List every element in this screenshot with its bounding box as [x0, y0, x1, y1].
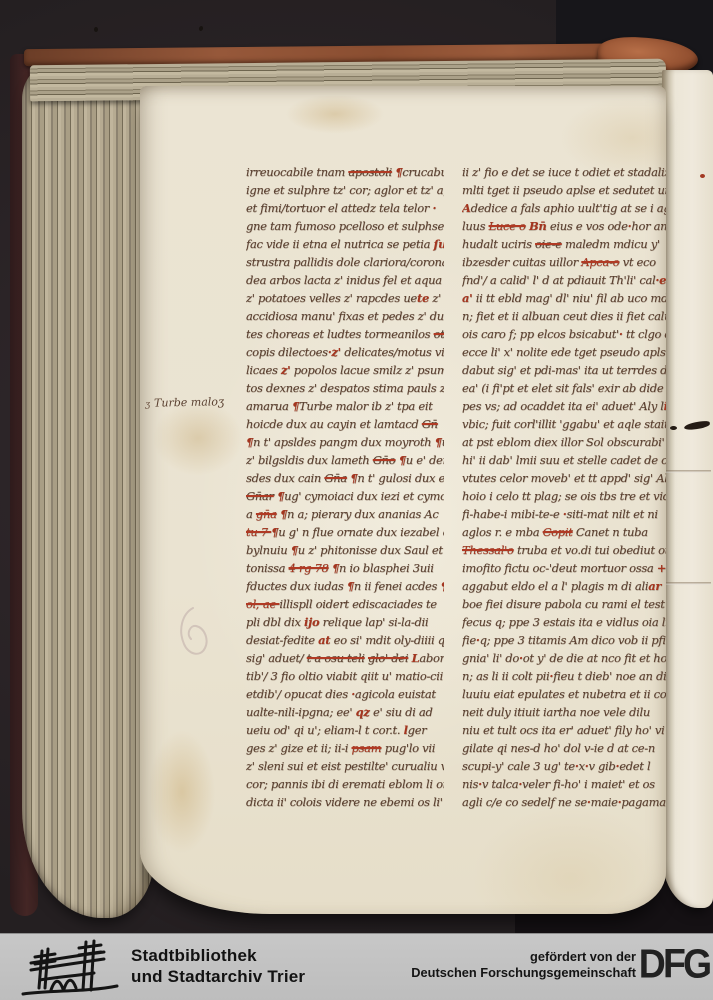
- rubric-text: ots: [434, 327, 444, 341]
- manuscript-line: ibzesder cuitas uillor Apca-o vt eco: [462, 253, 666, 271]
- ink-text: scupi-y' cale 3 ug' te: [462, 759, 575, 773]
- rubric-text: ¶: [399, 453, 406, 467]
- manuscript-line: n; fiet et ii albuan ceut dies ii fiet c…: [462, 307, 666, 325]
- ink-text: n t' apsldes pangm dux moyroth: [253, 435, 435, 449]
- manuscript-line: Gn̄ar ¶ug' cymoiaci dux iezi et cymo: [246, 487, 444, 505]
- rubric-text: oie-e: [535, 237, 562, 251]
- page-crease: [664, 582, 711, 585]
- ink-text: truba et vo.di tui obediut ota: [514, 543, 666, 557]
- ink-text: desiat-fedite: [246, 633, 318, 647]
- ink-text: copis dilectoes: [246, 345, 328, 359]
- ink-text: pug'lo vii: [381, 741, 435, 755]
- manuscript-page: irreuocabile tnam apostoli ¶crucabu'igne…: [140, 86, 666, 914]
- manuscript-line: fac vide ii etna el nutrica se petia ſu: [246, 235, 444, 253]
- manuscript-line: gnia' li' do·ot y' de die at nco fit et …: [462, 649, 666, 667]
- manuscript-line: hoicde dux au cayin et lamtacd Gn̄: [246, 415, 444, 433]
- rubric-text: Copit: [543, 525, 573, 539]
- rubric-text: apostoli: [348, 165, 392, 179]
- library-name: Stadtbibliothek und Stadtarchiv Trier: [131, 945, 305, 987]
- manuscript-line: at pst eblom diex illor Sol obscurabi' +: [462, 433, 666, 451]
- faint-pencil-doodle: [172, 604, 214, 662]
- marginal-note-mark: ʒ: [145, 400, 150, 410]
- ink-text: tt clgo dixit: [623, 327, 666, 341]
- ink-text: ois caro f; pp elcos bsicabut': [462, 327, 619, 341]
- rubric-text: Bn̄: [529, 219, 546, 233]
- ink-text: etdib'/ opucat dies: [246, 687, 351, 701]
- manuscript-line: hi' ii dab' lmii suu et stelle cadet de …: [462, 451, 666, 469]
- text-column-left: irreuocabile tnam apostoli ¶crucabu'igne…: [246, 163, 444, 811]
- ink-text: crucabu': [402, 165, 444, 179]
- ink-text: n; as li ii colt pii: [462, 669, 549, 683]
- dust-speck: [198, 25, 203, 31]
- rubric-text: ſu: [434, 237, 444, 251]
- ink-text: n t' gulosi dux esau: [357, 471, 444, 485]
- manuscript-line: ea' (i fi'pt et elet sit fals' exir ab d…: [462, 379, 666, 397]
- manuscript-line: tonissa 4 rg 78 ¶n io blasphei 3uii: [246, 559, 444, 577]
- red-ink-fleck: [700, 174, 705, 178]
- ink-text: dabut sig' et pdi-mas' ita ut terrdes du: [462, 363, 666, 377]
- manuscript-line: tos dexnes z' despatos stima pauls z': [246, 379, 444, 397]
- rubric-text: ¶: [292, 399, 299, 413]
- manuscript-line: fnd'/ a calid' l' d at pdiauit Th'li' ca…: [462, 271, 666, 289]
- manuscript-line: niu et tult ocs ita er' aduet' fily ho' …: [462, 721, 666, 739]
- ink-text: tos dexnes z' despatos stima pauls z': [246, 381, 444, 395]
- ink-text: hi' ii dab' lmii suu et stelle cadet de …: [462, 453, 666, 467]
- ink-text: fductes dux iudas: [246, 579, 347, 593]
- ink-text: dedice a fals aphio uult'tig at se i agl…: [471, 201, 666, 215]
- manuscript-line: et fimi/tortuor el attedz tela telor ·: [246, 199, 444, 217]
- ink-text: strustra pallidis dole clariora/corona: [246, 255, 444, 269]
- rubric-text: ijo: [304, 615, 319, 629]
- rubric-text: ar: [648, 579, 661, 593]
- ink-text: z' sleni sui et eist pestilte' curualiu …: [246, 759, 444, 773]
- ink-text: gnia' li' do: [462, 651, 519, 665]
- ink-text: e' siu di ad: [370, 705, 433, 719]
- ink-text: accidiosa manu' fixas et pedes z' duce: [246, 309, 444, 323]
- manuscript-line: luuiu eiat epulates et nubetra et ii cog: [462, 685, 666, 703]
- manuscript-line: boe fiei disure pabola cu rami el test f…: [462, 595, 666, 613]
- ink-text: fieu t dieb' noe an di: [553, 669, 666, 683]
- ink-text: mlti tget ii pseudo aplse et sedutet uil…: [462, 183, 666, 197]
- next-page-fore-edge: [662, 70, 713, 908]
- rubric-text: Gn̄a: [324, 471, 347, 485]
- manuscript-line: agli c/e co sedelf ne se·maie·pagama: [462, 793, 666, 811]
- ink-text: edet l: [619, 759, 650, 773]
- manuscript-line: gilate qi nes-d ho' dol v-ie d at ce-n: [462, 739, 666, 757]
- ink-text: et fimi/tortuor el attedz tela telor: [246, 201, 432, 215]
- manuscript-line: copis dilectoes·z' delicates/motus vi: [246, 343, 444, 361]
- ink-text: tib'/ 3 fio oltio viabit qiit u' matio-c…: [246, 669, 443, 683]
- rubric-text: A: [462, 201, 471, 215]
- ink-text: n; fiet et ii albuan ceut dies ii fiet c…: [462, 309, 666, 323]
- ink-text: amarua: [246, 399, 292, 413]
- ink-text: ges z' gize et ii; ii-i: [246, 741, 352, 755]
- porta-nigra-logo-icon: [12, 936, 126, 998]
- manuscript-line: imofito fictu oc-'deut mortuor ossa +: [462, 559, 666, 577]
- ink-text: eius e vos ode: [546, 219, 627, 233]
- manuscript-line: ges z' gize et ii; ii-i psam pug'lo vii: [246, 739, 444, 757]
- manuscript-line: ¶n t' apsldes pangm dux moyroth ¶u: [246, 433, 444, 451]
- ink-text: ot y' de die at nco fit et ho: [523, 651, 666, 665]
- ink-text: hoicde dux au cayin et lamtacd: [246, 417, 422, 431]
- ink-text: abora: [419, 651, 444, 665]
- manuscript-line: Thessal'o truba et vo.di tui obediut ota: [462, 541, 666, 559]
- ink-text: dicta ii' colois videre ne ebemi os li' …: [246, 795, 444, 809]
- footer-banner: Stadtbibliothek und Stadtarchiv Trier ge…: [0, 933, 713, 1000]
- ink-text: z': [429, 291, 441, 305]
- manuscript-line: etdib'/ opucat dies ·agicola euistat: [246, 685, 444, 703]
- rubric-text: io: [664, 399, 666, 413]
- manuscript-line: desiat-fedite at eo si' mdit oly-diiii q…: [246, 631, 444, 649]
- ink-text: z' potatoes velles z' rapcdes ue: [246, 291, 417, 305]
- manuscript-line: fecus q; ppe 3 estais ita e vidlus oia l…: [462, 613, 666, 631]
- ink-text: fie: [462, 633, 476, 647]
- rubric-text: 4 rg 78: [289, 561, 329, 575]
- rubric-text: +: [657, 561, 666, 575]
- manuscript-line: n; as li ii colt pii·fieu t dieb' noe an…: [462, 667, 666, 685]
- ink-text: ug' cymoiaci dux iezi et cymo: [284, 489, 444, 503]
- ink-text: cor; pannis ibi di eremati eblom li oi': [246, 777, 444, 791]
- page-crease: [664, 470, 711, 473]
- manuscript-line: tes choreas et ludtes tormeanilos ots: [246, 325, 444, 343]
- marginal-note-text: Turbe maloʒ: [154, 395, 224, 409]
- ink-text: illispll oidert ediscaciades te: [279, 597, 436, 611]
- rubric-text: ¶: [332, 561, 339, 575]
- manuscript-line: vtutes celor moveb' et tt appd' sig' Aly: [462, 469, 666, 487]
- ink-text: n a; pierary dux ananias Ac: [287, 507, 438, 521]
- ink-text: u g' n flue ornate dux iezabel e: [278, 525, 444, 539]
- rubric-text: Gn̄: [422, 417, 438, 431]
- ink-text: a: [246, 507, 256, 521]
- manuscript-line: nis·v talca·veler fi-ho' i maiet' et os: [462, 775, 666, 793]
- manuscript-line: pes vs; ad ocaddet ita ei' aduet' Aly li…: [462, 397, 666, 415]
- ink-text: u z' phitonisse dux Saul et phi: [298, 543, 444, 557]
- rubric-text: te: [417, 291, 429, 305]
- ink-text: fi-habe-i mibi-te-e: [462, 507, 563, 521]
- manuscript-line: mlti tget ii pseudo aplse et sedutet uil…: [462, 181, 666, 199]
- ink-text: gilate qi nes-d ho' dol v-ie d at ce-n: [462, 741, 655, 755]
- ink-text: irreuocabile tnam: [246, 165, 348, 179]
- ink-smudge: [684, 420, 711, 431]
- rubric-text: Gn̄o: [373, 453, 396, 467]
- manuscript-line: a' ii tt ebld mag' dl' niu' fil ab uco m…: [462, 289, 666, 307]
- ink-text: bylnuiu: [246, 543, 291, 557]
- ink-text: vtutes celor moveb' et tt appd' sig' Aly: [462, 471, 666, 485]
- manuscript-line: scupi-y' cale 3 ug' te·x·v gib·edet l: [462, 757, 666, 775]
- ink-text: luuiu eiat epulates et nubetra et ii cog: [462, 687, 666, 701]
- ink-text: vt eco: [619, 255, 656, 269]
- rubric-text: gn̄a: [256, 507, 277, 521]
- ink-text: fnd'/ a calid' l' d at pdiauit Th'li' ca…: [462, 273, 655, 287]
- rubric-text: psam: [352, 741, 382, 755]
- rubric-text: ¶: [440, 579, 444, 593]
- manuscript-line: gne tam fumoso pcelloso et sulphseo ii: [246, 217, 444, 235]
- manuscript-line: licaes z' popolos lacue smilz z' psum: [246, 361, 444, 379]
- rubric-text: Luce o: [489, 219, 526, 233]
- ink-text: fecus q; ppe 3 estais ita e vidlus oia l…: [462, 615, 666, 629]
- rubric-text: ·e': [655, 273, 666, 287]
- ink-text: gne tam fumoso pcelloso et sulphseo ii: [246, 219, 444, 233]
- ink-text: sdes dux cain: [246, 471, 324, 485]
- library-name-line1: Stadtbibliothek: [131, 945, 305, 966]
- ink-text: hor am: [631, 219, 666, 233]
- ink-text: ecce li' x' nolite ede tget pseudo aplse…: [462, 345, 666, 359]
- marginal-note: ʒTurbe maloʒ: [145, 395, 224, 410]
- ink-text: pes vs; ad ocaddet ita ei' aduet' Aly l: [462, 399, 664, 413]
- ink-text: sig' aduet/: [246, 651, 307, 665]
- manuscript-line: a gn̄a ¶n a; pierary dux ananias Ac: [246, 505, 444, 523]
- rubric-text: glo' dei: [368, 651, 408, 665]
- rubric-text: tu 7: [246, 525, 271, 539]
- ink-text: pli dbl dix: [246, 615, 304, 629]
- manuscript-line: fductes dux iudas ¶n ii fenei acdes ¶: [246, 577, 444, 595]
- ink-text: n io blasphei 3uii: [339, 561, 434, 575]
- manuscript-line: igne et sulphre tz' cor; aglor et tz' ag…: [246, 181, 444, 199]
- ink-text: tes choreas et ludtes tormeanilos: [246, 327, 434, 341]
- ink-text: Turbe malor ib z' tpa eit: [299, 399, 433, 413]
- ink-text: Canet n tuba: [573, 525, 648, 539]
- funding-credit: gefördert von der Deutschen Forschungsge…: [411, 949, 636, 981]
- manuscript-line: ol; ae illispll oidert ediscaciades te: [246, 595, 444, 613]
- manuscript-line: dabut sig' et pdi-mas' ita ut terrdes du: [462, 361, 666, 379]
- page-stack-left-edges: [22, 66, 154, 918]
- manuscript-line: ueiu od' qi u'; eliam-l t cor.t. lger: [246, 721, 444, 739]
- manuscript-line: z' bilgsldis dux lameth Gn̄o ¶u e' den: [246, 451, 444, 469]
- ink-text: v talca: [482, 777, 519, 791]
- rubric-text: ¶: [347, 579, 354, 593]
- manuscript-line: ois caro f; pp elcos bsicabut'· tt clgo …: [462, 325, 666, 343]
- ink-text: vbic; fuit corl'illit 'ggabu' et aqle st…: [462, 417, 666, 431]
- ink-text: aggabut eldo el a l' plagis m di ali: [462, 579, 648, 593]
- manuscript-line: amarua ¶Turbe malor ib z' tpa eit: [246, 397, 444, 415]
- ink-text: v gib: [588, 759, 615, 773]
- manuscript-line: neit duly itiuit iartha noe vele dilu: [462, 703, 666, 721]
- ink-text: tonissa: [246, 561, 289, 575]
- rubric-text: at: [318, 633, 330, 647]
- manuscript-line: aglos r. e mba Copit Canet n tuba: [462, 523, 666, 541]
- rubric-text: qz: [356, 705, 370, 719]
- ink-text: ger: [408, 723, 427, 737]
- ink-text: maledm mdicu y': [562, 237, 660, 251]
- manuscript-line: Adedice a fals aphio uult'tig at se i ag…: [462, 199, 666, 217]
- manuscript-line: luus Luce o Bn̄ eius e vos ode·hor am: [462, 217, 666, 235]
- rubric-text: t a osu teli: [307, 651, 365, 665]
- manuscript-line: dicta ii' colois videre ne ebemi os li' …: [246, 793, 444, 811]
- manuscript-line: hoio i celo tt plag; se ois tbs tre et v…: [462, 487, 666, 505]
- dust-speck: [94, 27, 98, 32]
- rubric-text: ¶: [291, 543, 298, 557]
- manuscript-line: ualte-nili-ipgna; ee' qz e' siu di ad: [246, 703, 444, 721]
- ink-text: agli c/e co sedelf ne se: [462, 795, 587, 809]
- ink-text: hudalt uciris: [462, 237, 535, 251]
- rubric-text: ¶: [280, 507, 287, 521]
- ink-text: hoio i celo tt plag; se ois tbs tre et v…: [462, 489, 666, 503]
- rubric-text: a': [462, 291, 472, 305]
- manuscript-line: pli dbl dix ijo relique lap' si-la-dii: [246, 613, 444, 631]
- ink-text: veler fi-ho' i maiet' et os: [522, 777, 655, 791]
- ink-text: ualte-nili-ipgna; ee': [246, 705, 356, 719]
- manuscript-line: tib'/ 3 fio oltio viabit qiit u' matio-c…: [246, 667, 444, 685]
- manuscript-line: hudalt uciris oie-e maledm mdicu y': [462, 235, 666, 253]
- manuscript-line: z' potatoes velles z' rapcdes uete z': [246, 289, 444, 307]
- manuscript-line: cor; pannis ibi di eremati eblom li oi': [246, 775, 444, 793]
- manuscript-line: sdes dux cain Gn̄a ¶n t' gulosi dux esau: [246, 469, 444, 487]
- rubric-text: ·: [432, 201, 436, 215]
- ink-text: luus: [462, 219, 489, 233]
- manuscript-line: irreuocabile tnam apostoli ¶crucabu': [246, 163, 444, 181]
- dfg-logo: DFG: [639, 941, 708, 989]
- ink-text: niu et tult ocs ita er' aduet' fily ho' …: [462, 723, 664, 737]
- ink-text: u: [442, 435, 444, 449]
- ink-text: imofito fictu oc-'deut mortuor ossa: [462, 561, 657, 575]
- ink-text: q; ppe 3 titamis Am dico vob ii pfit: [480, 633, 666, 647]
- manuscript-line: aggabut eldo el a l' plagis m di aliar: [462, 577, 666, 595]
- manuscript-line: fi-habe-i mibi-te-e ·siti-mat nilt et ni: [462, 505, 666, 523]
- ink-text: licaes: [246, 363, 281, 377]
- ink-text: at pst eblom diex illor Sol obscurabi': [462, 435, 666, 449]
- ink-text: ii tt ebld mag' dl' niu' fil ab uco mdi: [472, 291, 666, 305]
- digitized-manuscript-scan: irreuocabile tnam apostoli ¶crucabu'igne…: [0, 0, 713, 1000]
- rubric-text: ¶: [435, 435, 442, 449]
- ink-text: pagama: [621, 795, 665, 809]
- ink-text: delicates/motus vi: [341, 345, 444, 359]
- ink-text: ii z' fio e det se iuce t odiet et stada…: [462, 165, 666, 179]
- ink-text: relique lap' si-la-dii: [319, 615, 428, 629]
- ink-text: fac vide ii etna el nutrica se petia: [246, 237, 434, 251]
- rubric-text: Gn̄ar: [246, 489, 274, 503]
- ink-text: ibzesder cuitas uillor: [462, 255, 581, 269]
- manuscript-line: ii z' fio e det se iuce t odiet et stada…: [462, 163, 666, 181]
- manuscript-line: bylnuiu ¶u z' phitonisse dux Saul et phi: [246, 541, 444, 559]
- rubric-text: Thessal'o: [462, 543, 514, 557]
- rubric-text: ol; ae: [246, 597, 279, 611]
- ink-text: dea arbos lacta z' inidus fel et aqua: [246, 273, 442, 287]
- ink-text: igne et sulphre tz' cor; aglor et tz' ag…: [246, 183, 444, 197]
- ink-text: n ii fenei acdes: [354, 579, 441, 593]
- ink-text: z' bilgsldis dux lameth: [246, 453, 373, 467]
- ink-text: u e' den: [406, 453, 444, 467]
- manuscript-line: fie·q; ppe 3 titamis Am dico vob ii pfit: [462, 631, 666, 649]
- library-name-line2: und Stadtarchiv Trier: [131, 966, 305, 987]
- manuscript-line: vbic; fuit corl'illit 'ggabu' et aqle st…: [462, 415, 666, 433]
- ink-text: siti-mat nilt et ni: [566, 507, 657, 521]
- ink-text: neit duly itiuit iartha noe vele dilu: [462, 705, 650, 719]
- funding-line2: Deutschen Forschungsgemeinschaft: [411, 965, 636, 981]
- ink-text: maie: [591, 795, 618, 809]
- manuscript-line: tu 7 ¶u g' n flue ornate dux iezabel e: [246, 523, 444, 541]
- ink-text: eo si' mdit oly-diiii q;: [330, 633, 444, 647]
- ink-text: ea' (i fi'pt et elet sit fals' exir ab d…: [462, 381, 666, 395]
- manuscript-line: ecce li' x' nolite ede tget pseudo aplse…: [462, 343, 666, 361]
- ink-text: agicola euistat: [355, 687, 436, 701]
- rubric-text: ·z': [328, 345, 341, 359]
- manuscript-line: strustra pallidis dole clariora/corona: [246, 253, 444, 271]
- ink-text: popolos lacue smilz z' psum: [290, 363, 444, 377]
- text-column-right: ii z' fio e det se iuce t odiet et stada…: [462, 163, 666, 811]
- manuscript-line: dea arbos lacta z' inidus fel et aqua: [246, 271, 444, 289]
- rubric-text: ¶: [246, 435, 253, 449]
- funding-line1: gefördert von der: [411, 949, 636, 965]
- ink-text: boe fiei disure pabola cu rami el test f…: [462, 597, 666, 611]
- manuscript-line: z' sleni sui et eist pestilte' curualiu …: [246, 757, 444, 775]
- rubric-text: Apca-o: [581, 255, 619, 269]
- ink-text: aglos r. e mba: [462, 525, 543, 539]
- manuscript-line: sig' aduet/ t a osu teli glo' dei Labora: [246, 649, 444, 667]
- rubric-text: z': [281, 363, 290, 377]
- ink-text: nis: [462, 777, 478, 791]
- ink-smudge: [670, 426, 677, 430]
- manuscript-line: accidiosa manu' fixas et pedes z' duce: [246, 307, 444, 325]
- ink-text: ueiu od' qi u'; eliam-l t cor.t.: [246, 723, 404, 737]
